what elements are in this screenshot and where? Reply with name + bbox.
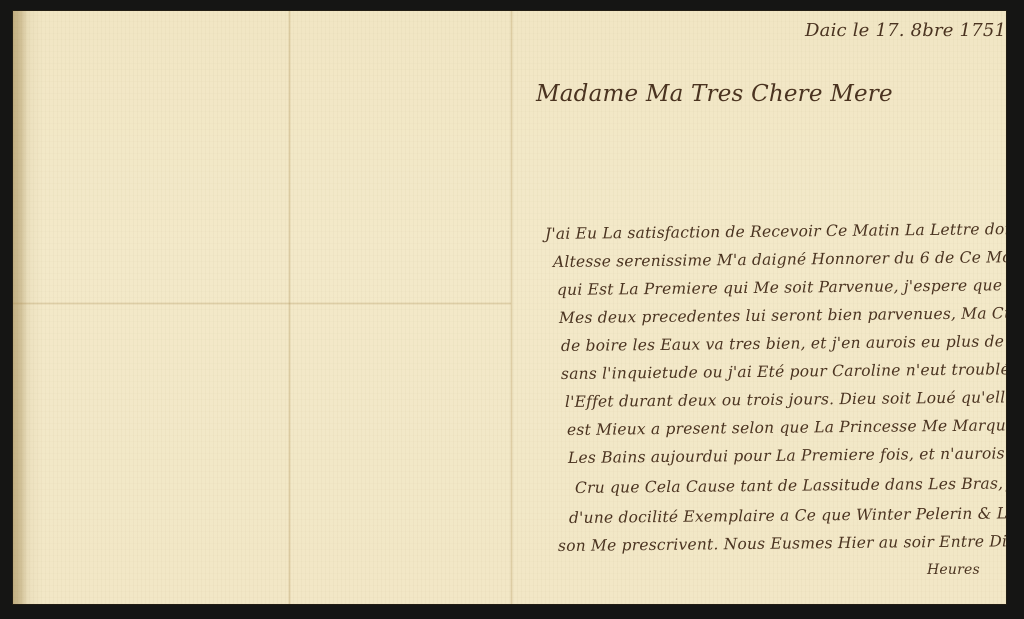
body-line: J'ai Eu La satisfaction de Recevoir Ce M… <box>545 220 1006 243</box>
dateline: Daic le 17. 8bre 1751 <box>805 20 1006 41</box>
body-line: Mes deux precedentes lui seront bien par… <box>559 304 1006 327</box>
body-line: Altesse serenissime M'a daigné Honnorer … <box>553 248 1006 271</box>
body-line: Les Bains aujourdui pour La Premiere foi… <box>568 444 1006 467</box>
body-line: qui Est La Premiere qui Me soit Parvenue… <box>557 276 1002 299</box>
catchword: Heures <box>927 562 980 578</box>
fold-crease-vertical-left <box>288 11 291 604</box>
body-line: l'Effet durant deux ou trois jours. Dieu… <box>565 388 1006 411</box>
salutation: Madame Ma Tres Chere Mere <box>536 81 893 107</box>
body-line: Cru que Cela Cause tant de Lassitude dan… <box>575 474 1006 497</box>
fold-crease-horizontal <box>13 302 511 305</box>
body-line: sans l'inquietude ou j'ai Eté pour Carol… <box>561 360 1006 383</box>
body-line: est Mieux a present selon que La Princes… <box>567 416 1006 439</box>
document-viewer: Daic le 17. 8bre 1751 Madame Ma Tres Che… <box>0 0 1024 619</box>
letter-sheet: Daic le 17. 8bre 1751 Madame Ma Tres Che… <box>13 11 1006 604</box>
body-line: d'une docilité Exemplaire a Ce que Winte… <box>569 504 1006 527</box>
body-line: son Me prescrivent. Nous Eusmes Hier au … <box>558 532 1006 555</box>
fold-crease-vertical-center <box>510 11 513 604</box>
edge-stain <box>13 11 43 604</box>
body-line: de boire les Eaux va tres bien, et j'en … <box>561 332 1006 355</box>
